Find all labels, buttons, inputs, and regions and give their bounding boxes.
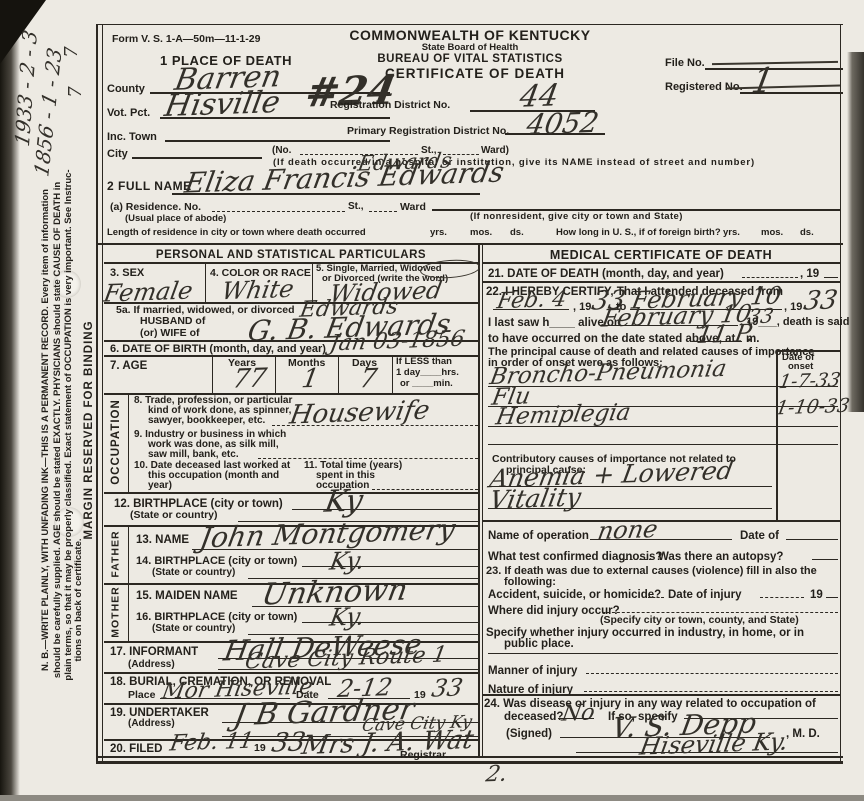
autopsy-answer-line (812, 559, 838, 560)
color-marital-divider (312, 262, 313, 302)
residence-st-line (369, 211, 397, 212)
father-birthplace-label: 14. BIRTHPLACE (city or town) (136, 556, 297, 568)
margin-handwritten-stray-7a: 7 (63, 46, 81, 57)
where-injury-line (602, 612, 838, 613)
father-birthplace-sub-label: (State or country) (152, 568, 235, 579)
item9-line3: saw mill, bank, etc. (148, 450, 239, 461)
contributory-line-2 (488, 508, 772, 509)
occupation-box-bottom-line (104, 492, 478, 494)
test-answer-line (620, 559, 652, 560)
operation-label: Name of operation (488, 530, 589, 542)
contributory-bottom-line (482, 520, 840, 522)
cause1-onset-handwritten: 1-7-33 (777, 371, 842, 392)
cause-line-3 (488, 426, 838, 427)
mother-birthplace-value-handwritten: Ky. (328, 604, 367, 629)
age-divider-4 (392, 355, 393, 393)
spouse-wife-label: (or) WIFE of (140, 328, 199, 339)
age-less-label1: If LESS than (396, 357, 452, 367)
row21-bottom-line (482, 281, 840, 283)
birthplace-sub-label: (State or country) (130, 510, 218, 521)
specify-injury-line2: public place. (504, 638, 574, 650)
margin-note-line4: tions on back of certificate. (74, 539, 84, 662)
column-divider-inner (482, 243, 483, 757)
city-no-label: (No. (272, 146, 291, 157)
registrar-label: Registrar. (400, 750, 448, 761)
accident-label: Accident, suicide, or homicide? (488, 589, 661, 601)
cause-line-1 (488, 386, 838, 387)
vot-pct-label: Vot. Pct. (107, 108, 150, 120)
dob-label: 6. DATE OF BIRTH (month, day, and year) (110, 344, 326, 356)
filed-label: 20. FILED (110, 743, 162, 755)
scan-edge-right (847, 52, 864, 412)
margin-note-line1: N. B.—WRITE PLAINLY, WITH UNFADING INK—T… (41, 189, 51, 671)
mother-birthplace-sub-label: (State or country) (152, 624, 235, 635)
county-label: County (107, 84, 145, 96)
birthplace-value-handwritten: Ky (322, 486, 365, 518)
operation-date-line (786, 539, 838, 540)
certify-from-19: , 19 (573, 302, 591, 314)
age-divider-3 (338, 355, 339, 393)
inc-town-line (165, 140, 390, 142)
external-causes-line2: following: (504, 577, 556, 589)
filed-year-19-label: 19 (254, 743, 266, 754)
residence-no-line (212, 211, 345, 212)
sex-color-divider (205, 262, 206, 302)
howlong-mos-label: mos. (761, 228, 783, 238)
occupation-vertical-label: OCCUPATION (110, 399, 122, 485)
date-of-death-label: 21. DATE OF DEATH (month, day, and year) (488, 268, 724, 280)
cause3-onset-handwritten: 1-10-33 (774, 397, 851, 419)
father-cell-divider (128, 525, 129, 583)
margin-binding-label: MARGIN RESERVED FOR BINDING (83, 320, 95, 539)
length-ds-label: ds. (510, 228, 524, 238)
full-name-label: 2 FULL NAME (107, 180, 192, 193)
primary-registration-label: Primary Registration District No. (347, 126, 509, 137)
row23-bottom-line (482, 694, 840, 696)
occupation-answer-handwritten: No (560, 702, 596, 725)
manner-of-injury-line (586, 673, 838, 674)
date-of-death-line (742, 277, 798, 278)
occupation-question-line1: 24. Was disease or injury in any way rel… (484, 698, 816, 710)
residence-nonresident-note: (If nonresident, give city or town and S… (470, 212, 683, 222)
cause-line-4 (488, 444, 838, 445)
death-certificate-scan: N. B.—WRITE PLAINLY, WITH UNFADING INK—T… (0, 0, 864, 801)
page-number-handwritten: 2. (484, 764, 509, 787)
signed-label: (Signed) (506, 728, 552, 740)
header-divider-line (96, 243, 843, 245)
medical-title-line (482, 262, 840, 264)
primary-registration-value-handwritten: 4052 (525, 109, 601, 140)
md-label: , M. D. (786, 728, 820, 740)
item10-line3: year) (148, 481, 172, 492)
length-mos-label: mos. (470, 228, 492, 238)
father-name-label: 13. NAME (136, 534, 189, 546)
specify-blank-line (488, 653, 838, 654)
birthplace-line1 (292, 509, 478, 510)
age-years-value-handwritten: 77 (231, 365, 269, 392)
mother-birthplace-label: 16. BIRTHPLACE (city or town) (136, 612, 297, 624)
date-of-death-year-line (824, 277, 838, 278)
form-border-bottom-inner (96, 761, 843, 764)
injury-year-line (826, 597, 838, 598)
length-yrs-label: yrs. (430, 228, 447, 238)
form-border-left-outer (96, 24, 98, 762)
state-board-subtitle: State Board of Health (330, 43, 610, 53)
spouse-husband-label: HUSBAND of (140, 316, 205, 327)
injury-date-line (760, 597, 804, 598)
file-no-label: File No. (665, 58, 705, 70)
test-label: What test confirmed diagnosis? (488, 551, 662, 563)
city-line (132, 157, 262, 159)
form-number: Form V. S. 1-A—50m—11-1-29 (112, 34, 260, 45)
age-less-label3: or ____min. (400, 379, 453, 389)
physician-address-handwritten: Hiseville Ky. (638, 729, 790, 758)
father-birthplace-value-handwritten: Ky. (328, 548, 367, 573)
personal-section-title: PERSONAL AND STATISTICAL PARTICULARS (104, 249, 478, 261)
margin-note-line2: should be carefully supplied. AGE should… (53, 182, 63, 678)
certify-to-19: , 19 (784, 302, 802, 314)
informant-label: 17. INFORMANT (110, 646, 198, 658)
occupation-question-line2: deceased? (504, 711, 563, 723)
length-of-residence-label: Length of residence in city or town wher… (107, 228, 366, 238)
city-label: City (107, 149, 128, 161)
howlong-yrs-label: yrs. (723, 228, 740, 238)
age-divider-2 (275, 355, 276, 393)
onset-box-left-line (776, 350, 778, 520)
death-time-line (692, 341, 742, 342)
age-less-label2: 1 day____hrs. (396, 368, 459, 378)
age-divider-1 (212, 355, 213, 393)
burial-year-value-handwritten: 33 (430, 675, 465, 700)
column-divider-outer (478, 243, 480, 757)
howlong-label: How long in U. S., if of foreign birth? (556, 228, 721, 238)
residence-st-label: St., (348, 202, 364, 213)
injury-date-label: Date of injury (668, 589, 741, 601)
mother-vertical-label: MOTHER (110, 586, 121, 638)
certify-from-line (493, 309, 569, 310)
residence-ward-label: Ward (400, 202, 426, 213)
where-injury-note: (Specify city or town, county, and State… (600, 615, 799, 626)
autopsy-label: Was there an autopsy? (658, 551, 783, 563)
accident-answer-line (648, 597, 664, 598)
date-of-death-19: , 19 (800, 268, 819, 280)
operation-value-handwritten: none (596, 517, 660, 543)
row17-bottom-line (104, 672, 478, 674)
form-border-right (840, 24, 841, 762)
manner-of-injury-label: Manner of injury (488, 665, 577, 677)
full-name-above-handwritten: Edwards (356, 150, 453, 174)
occupation-value-handwritten: Housewife (288, 397, 432, 428)
inc-town-label: Inc. Town (107, 132, 157, 144)
father-vertical-label: FATHER (110, 530, 121, 577)
residence-label: (a) Residence. No. (110, 202, 201, 213)
injury-date-19: 19 (810, 589, 823, 601)
form-border-top (96, 24, 843, 25)
commonwealth-title: COMMONWEALTH OF KENTUCKY (330, 28, 610, 43)
informant-address-label: (Address) (128, 660, 175, 671)
registration-district-label: Registration District No. (330, 100, 450, 111)
occupation-cell-divider (128, 393, 129, 492)
dob-value-handwritten: Jan 03-1856 (328, 329, 466, 356)
certify-to-year-handwritten: 33 (802, 287, 840, 314)
mother-maiden-label: 15. MAIDEN NAME (136, 590, 238, 602)
registrar-signature-handwritten: Mrs J. A. Wat (300, 727, 476, 759)
residence-sub-label: (Usual place of abode) (125, 214, 226, 224)
color-value-handwritten: White (220, 277, 296, 304)
item11-answer-line (372, 489, 478, 490)
age-label: 7. AGE (110, 360, 147, 372)
undertaker-address-label: (Address) (128, 719, 175, 730)
item9-answer-line (258, 458, 478, 459)
burial-place-label: Place (128, 690, 155, 701)
howlong-ds-label: ds. (800, 228, 814, 238)
operation-date-label: Date of (740, 530, 779, 542)
scan-edge-bottom (0, 795, 864, 801)
nature-of-injury-line (584, 691, 838, 692)
filed-date-value-handwritten: Feb. 11 (168, 730, 255, 755)
occupation-answer-line (558, 718, 594, 719)
margin-handwritten-stray-7b: 7 (67, 86, 85, 97)
medical-section-title: MEDICAL CERTIFICATE OF DEATH (482, 249, 840, 262)
item8-line3: sawyer, bookkeeper, etc. (148, 416, 265, 427)
vot-pct-value-handwritten: Hisville (162, 88, 282, 122)
bureau-subtitle: BUREAU OF VITAL STATISTICS (330, 53, 610, 65)
mother-cell-divider (128, 583, 129, 641)
death-time-m-label: m. (746, 333, 759, 345)
form-border-left-inner (102, 24, 103, 762)
